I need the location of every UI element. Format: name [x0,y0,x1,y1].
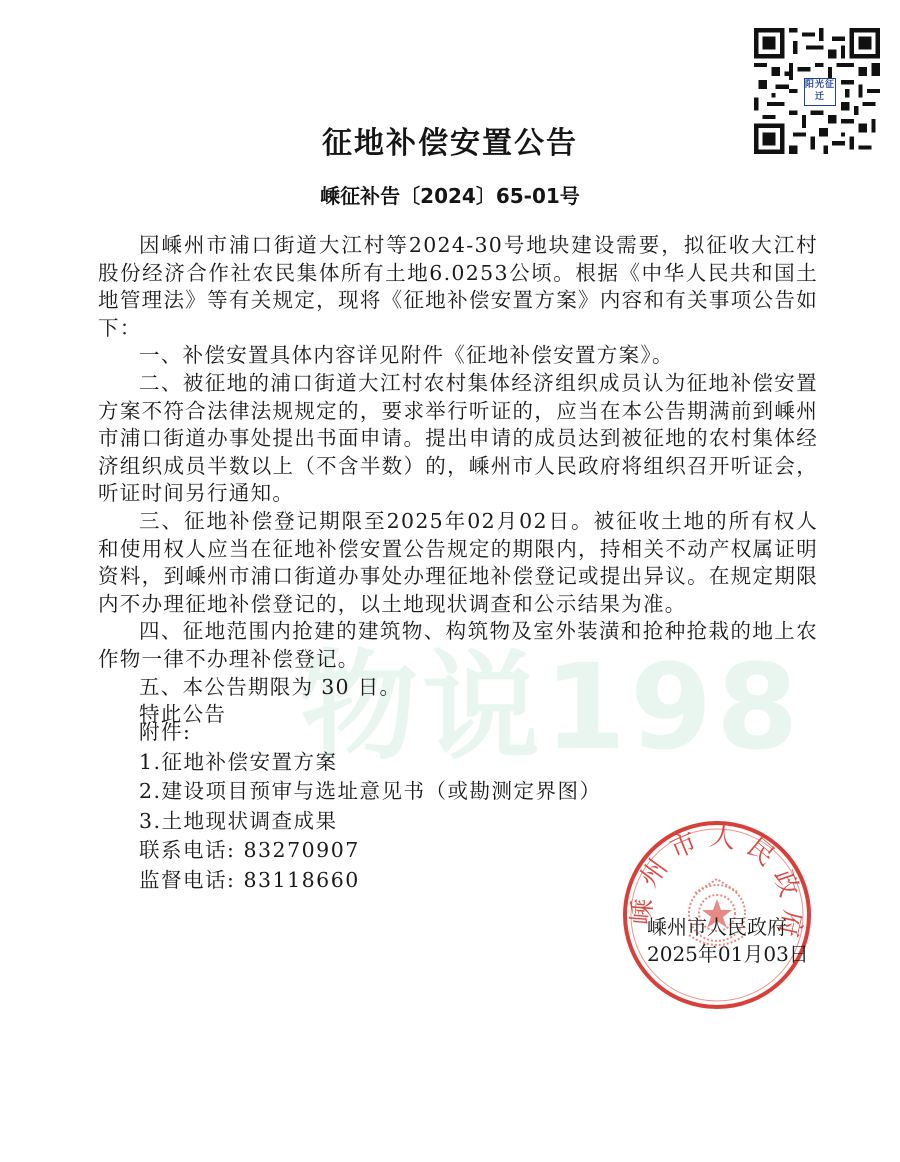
document-body: 因嵊州市浦口街道大江村等2024-30号地块建设需要，拟征收大江村股份经济合作社… [98,232,818,729]
clause-4: 四、征地范围内抢建的建筑物、构筑物及室外装潢和抢种抢栽的地上农作物一律不办理补偿… [98,618,818,673]
issue-date: 2025年01月03日 [647,941,809,968]
contact-phone: 83270907 [243,838,359,862]
intro-paragraph: 因嵊州市浦口街道大江村等2024-30号地块建设需要，拟征收大江村股份经济合作社… [98,232,818,342]
issuer-name: 嵊州市人民政府 [647,914,809,941]
document-title: 征地补偿安置公告 [0,118,900,162]
supervision-label: 监督电话: [139,868,235,892]
supervision-phone: 83118660 [243,868,359,892]
signature-block: 嵊州市人民政府 2025年01月03日 [647,914,809,968]
attachment-item: 1.征地补偿安置方案 [139,748,602,778]
document-number: 嵊征补告〔2024〕65-01号 [0,180,900,209]
contact-phone-line: 联系电话: 83270907 [139,836,602,866]
clause-3: 三、征地补偿登记期限至2025年02月02日。被征收土地的所有权人和使用权人应当… [98,508,818,618]
attachment-item: 3.土地现状调查成果 [139,807,602,837]
clause-2: 二、被征地的浦口街道大江村农村集体经济组织成员认为征地补偿安置方案不符合法律法规… [98,370,818,508]
clause-5: 五、本公告期限为 30 日。 [98,674,818,702]
attachments-label: 附件: [139,718,602,748]
contact-label: 联系电话: [139,838,235,862]
supervision-phone-line: 监督电话: 83118660 [139,866,602,896]
qr-badge: 阳光征迁 [804,78,836,106]
attachments-section: 附件: 1.征地补偿安置方案 2.建设项目预审与选址意见书（或勘测定界图） 3.… [139,718,602,895]
clause-1: 一、补偿安置具体内容详见附件《征地补偿安置方案》。 [98,342,818,370]
attachment-item: 2.建设项目预审与选址意见书（或勘测定界图） [139,777,602,807]
